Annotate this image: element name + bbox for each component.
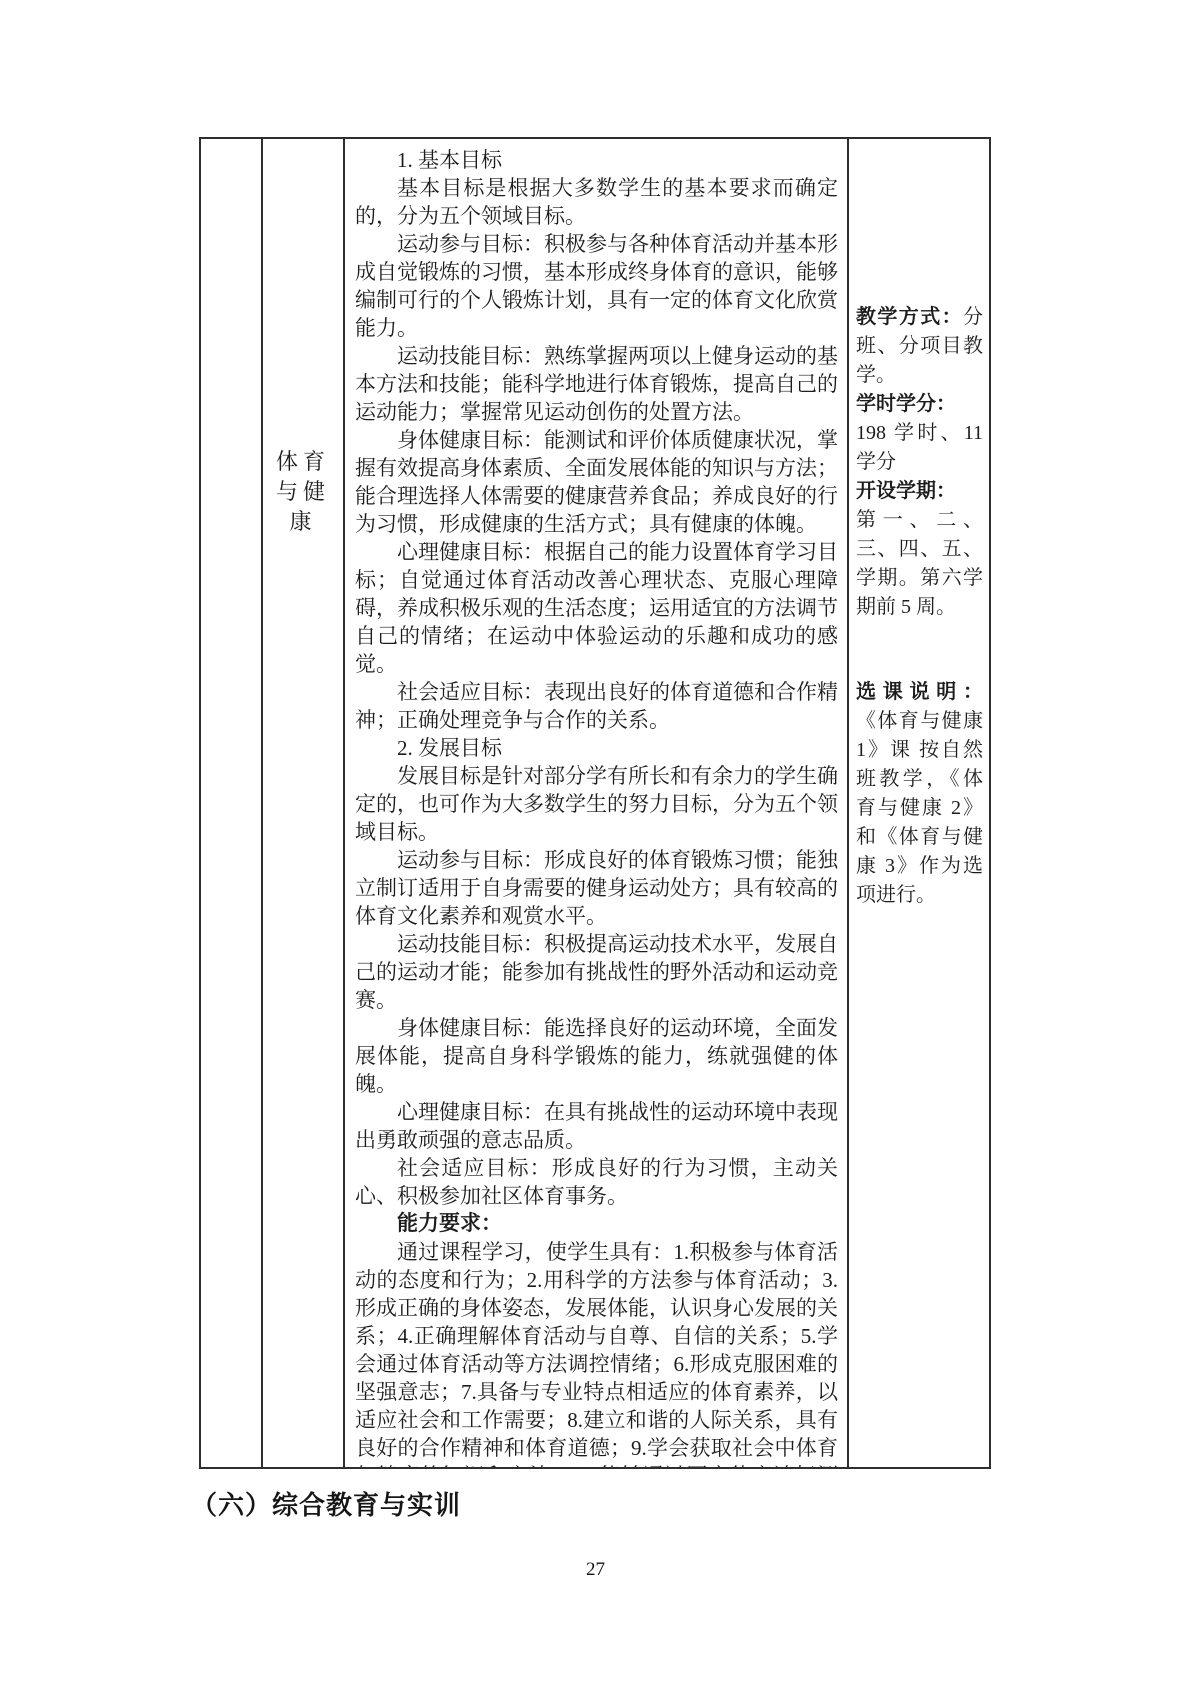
objective-paragraph: 身体健康目标：能选择良好的运动环境，全面发展体能，提高自身科学锻炼的能力，练就强… [355,1014,838,1098]
objective-paragraph: 通过课程学习，使学生具有：1.积极参与体育活动的态度和行为；2.用科学的方法参与… [355,1238,838,1467]
objective-paragraph: 运动参与目标：积极参与各种体育活动并基本形成自觉锻炼的习惯，基本形成终身体育的意… [355,230,838,342]
course-name-line2: 与健康 [263,477,343,537]
objective-paragraph: 运动技能目标：熟练掌握两项以上健身运动的基本方法和技能；能科学地进行体育锻炼，提… [355,342,838,426]
objective-paragraph: 运动参与目标：形成良好的体育锻炼习惯；能独立制订适用于自身需要的健身运动处方；具… [355,846,838,930]
info-block: 开设学期：第一、二、三、四、五、学期。第六学期前 5 周。 [856,477,983,622]
course-info-cell: 教学方式：分班、分项目教学。 学时学分：198 学时、11 学分 开设学期：第一… [849,139,989,1467]
info-text: 198 学时、11 学分 [856,422,983,473]
objective-paragraph: 心理健康目标：根据自己的能力设置体育学习目标；自觉通过体育活动改善心理状态、克服… [355,538,838,678]
course-name: 体育 与健康 [263,447,343,537]
objective-paragraph: 基本目标是根据大多数学生的基本要求而确定的，分为五个领域目标。 [355,174,838,230]
objective-paragraph: 1. 基本目标 [355,146,838,174]
index-column-cell [201,139,263,1467]
info-label: 开设学期： [856,477,983,506]
objective-paragraph: 发展目标是针对部分学有所长和有余力的学生确定的，也可作为大多数学生的努力目标，分… [355,762,838,846]
info-label: 教学方式： [856,306,963,328]
info-label: 选课说明： [856,681,983,703]
objective-paragraph: 社会适应目标：表现出良好的体育道德和合作精神；正确处理竞争与合作的关系。 [355,678,838,734]
objective-paragraph: 心理健康目标：在具有挑战性的运动环境中表现出勇敢顽强的意志品质。 [355,1098,838,1154]
objective-paragraph: 社会适应目标：形成良好的行为习惯，主动关心、积极参加社区体育事务。 [355,1154,838,1210]
info-block: 选课说明：《体育与健康 1》课 按自然班教学，《体育与健康 2》和《体育与健康 … [856,678,983,910]
objective-paragraph: 2. 发展目标 [355,734,838,762]
objective-paragraph: 身体健康目标：能测试和评价体质健康状况，掌握有效提高身体素质、全面发展体能的知识… [355,426,838,538]
section-heading: （六）综合教育与实训 [191,1489,461,1521]
objective-paragraph: 能力要求： [355,1210,838,1238]
course-table: 体育 与健康 1. 基本目标 基本目标是根据大多数学生的基本要求而确定的，分为五… [199,137,991,1469]
info-block: 学时学分：198 学时、11 学分 [856,390,983,477]
course-name-cell: 体育 与健康 [263,139,345,1467]
info-block: 教学方式：分班、分项目教学。 [856,303,983,390]
objectives-cell: 1. 基本目标 基本目标是根据大多数学生的基本要求而确定的，分为五个领域目标。 … [345,139,849,1467]
info-label: 学时学分： [856,390,983,419]
objective-paragraph: 运动技能目标：积极提高运动技术水平，发展自己的运动才能；能参加有挑战性的野外活动… [355,930,838,1014]
info-text: 第一、二、三、四、五、学期。第六学期前 5 周。 [856,509,983,618]
info-text: 《体育与健康 1》课 按自然班教学，《体育与健康 2》和《体育与健康 3》作为选… [856,710,983,906]
page-number: 27 [0,1558,1191,1582]
course-name-line1: 体育 [263,447,343,477]
